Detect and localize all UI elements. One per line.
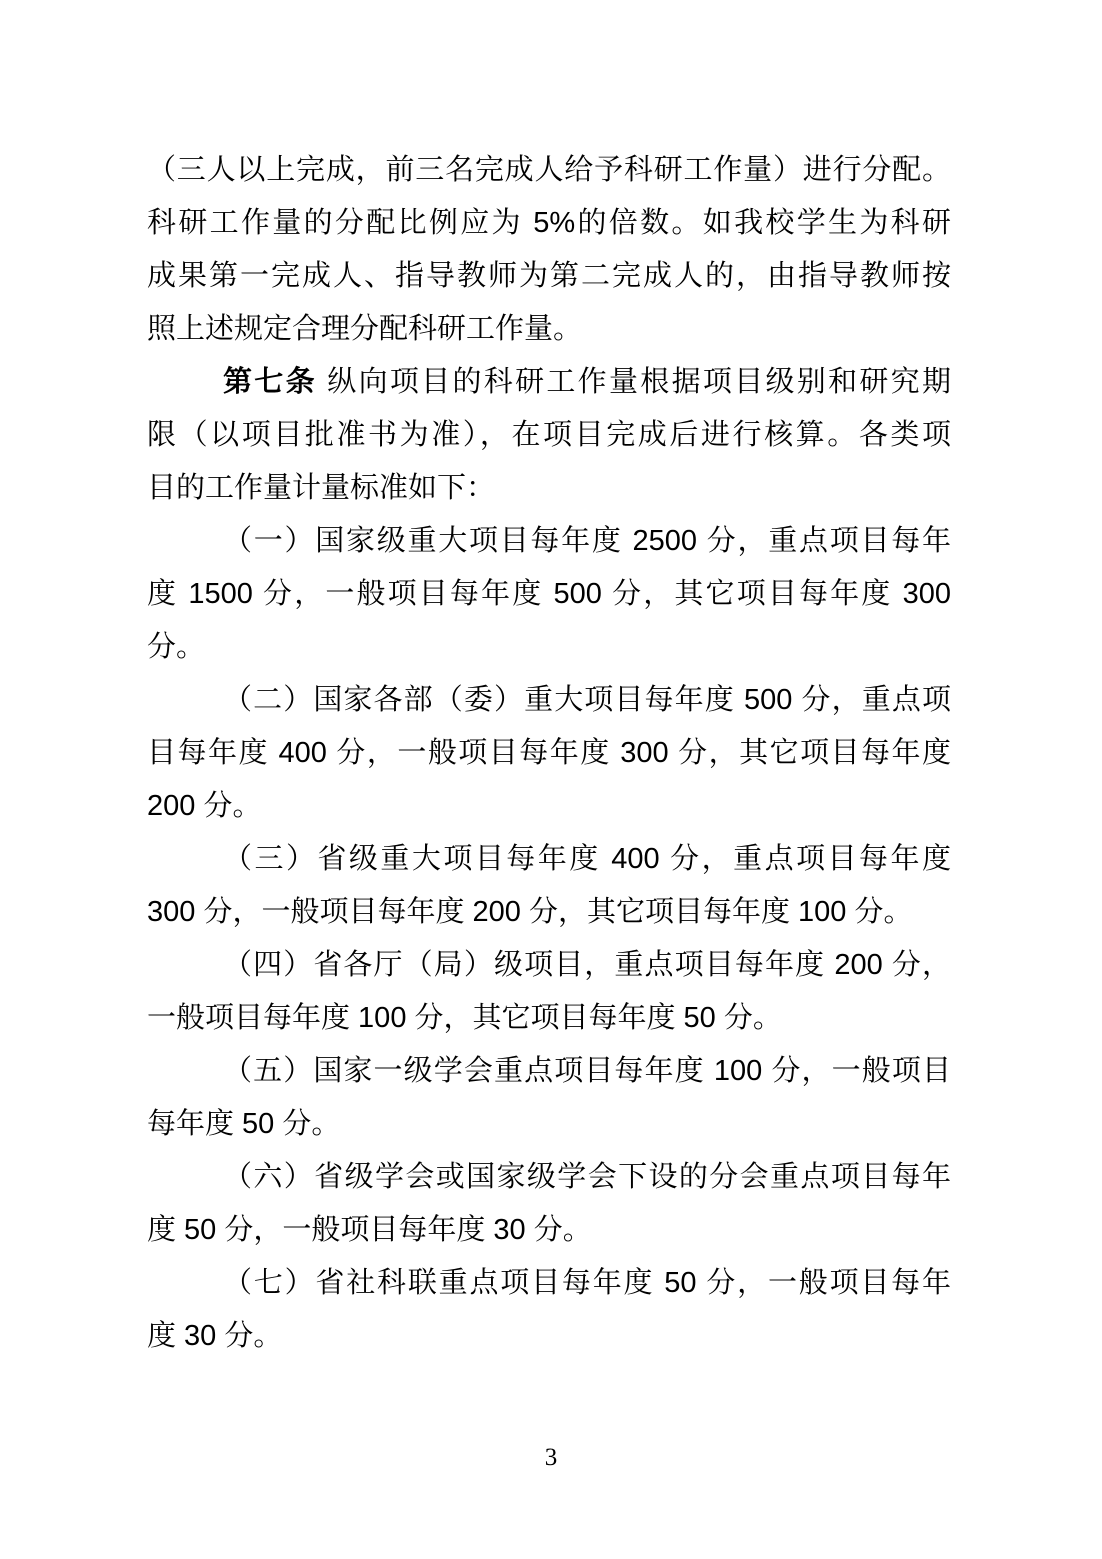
text-line: 度 30 分。 <box>147 1310 951 1363</box>
text-run: 纵向项目的科研工作量根据项目级别和研究期 <box>317 366 951 398</box>
text-line: 一般项目每年度 100 分，其它项目每年度 50 分。 <box>147 992 951 1045</box>
text-line: （一）国家级重大项目每年度 2500 分，重点项目每年 <box>147 515 951 568</box>
text-line: （三人以上完成，前三名完成人给予科研工作量）进行分配。 <box>147 144 951 197</box>
paragraph-item-3: （三）省级重大项目每年度 400 分，重点项目每年度 300 分，一般项目每年度… <box>147 833 951 939</box>
text-line: 300 分，一般项目每年度 200 分，其它项目每年度 100 分。 <box>147 886 951 939</box>
paragraph-item-5: （五）国家一级学会重点项目每年度 100 分，一般项目 每年度 50 分。 <box>147 1045 951 1151</box>
text-line: 目每年度 400 分，一般项目每年度 300 分，其它项目每年度 <box>147 727 951 780</box>
paragraph-article-7: 第七条 纵向项目的科研工作量根据项目级别和研究期 限（以项目批准书为准），在项目… <box>147 356 951 515</box>
text-line: 科研工作量的分配比例应为 5%的倍数。如我校学生为科研 <box>147 197 951 250</box>
paragraph-item-2: （二）国家各部（委）重大项目每年度 500 分，重点项 目每年度 400 分，一… <box>147 674 951 833</box>
document-body: （三人以上完成，前三名完成人给予科研工作量）进行分配。 科研工作量的分配比例应为… <box>147 144 951 1363</box>
text-line: 限（以项目批准书为准），在项目完成后进行核算。各类项 <box>147 409 951 462</box>
document-page: （三人以上完成，前三名完成人给予科研工作量）进行分配。 科研工作量的分配比例应为… <box>0 0 1102 1559</box>
text-line: （五）国家一级学会重点项目每年度 100 分，一般项目 <box>147 1045 951 1098</box>
article-number-label: 第七条 <box>223 366 317 398</box>
text-line: 目的工作量计量标准如下： <box>147 462 951 515</box>
page-number: 3 <box>0 1443 1102 1473</box>
text-line: 每年度 50 分。 <box>147 1098 951 1151</box>
text-line: 200 分。 <box>147 780 951 833</box>
text-line: （七）省社科联重点项目每年度 50 分，一般项目每年 <box>147 1257 951 1310</box>
text-line: 度 50 分，一般项目每年度 30 分。 <box>147 1204 951 1257</box>
text-line: （二）国家各部（委）重大项目每年度 500 分，重点项 <box>147 674 951 727</box>
text-line: 度 1500 分，一般项目每年度 500 分，其它项目每年度 300 <box>147 568 951 621</box>
paragraph-item-4: （四）省各厅（局）级项目，重点项目每年度 200 分， 一般项目每年度 100 … <box>147 939 951 1045</box>
paragraph-item-1: （一）国家级重大项目每年度 2500 分，重点项目每年 度 1500 分，一般项… <box>147 515 951 674</box>
paragraph: （三人以上完成，前三名完成人给予科研工作量）进行分配。 科研工作量的分配比例应为… <box>147 144 951 356</box>
text-line: 第七条 纵向项目的科研工作量根据项目级别和研究期 <box>147 356 951 409</box>
text-line: （四）省各厅（局）级项目，重点项目每年度 200 分， <box>147 939 951 992</box>
paragraph-item-7: （七）省社科联重点项目每年度 50 分，一般项目每年 度 30 分。 <box>147 1257 951 1363</box>
text-line: 分。 <box>147 621 951 674</box>
paragraph-item-6: （六）省级学会或国家级学会下设的分会重点项目每年 度 50 分，一般项目每年度 … <box>147 1151 951 1257</box>
text-line: 成果第一完成人、指导教师为第二完成人的，由指导教师按 <box>147 250 951 303</box>
text-line: （六）省级学会或国家级学会下设的分会重点项目每年 <box>147 1151 951 1204</box>
text-line: 照上述规定合理分配科研工作量。 <box>147 303 951 356</box>
text-line: （三）省级重大项目每年度 400 分，重点项目每年度 <box>147 833 951 886</box>
